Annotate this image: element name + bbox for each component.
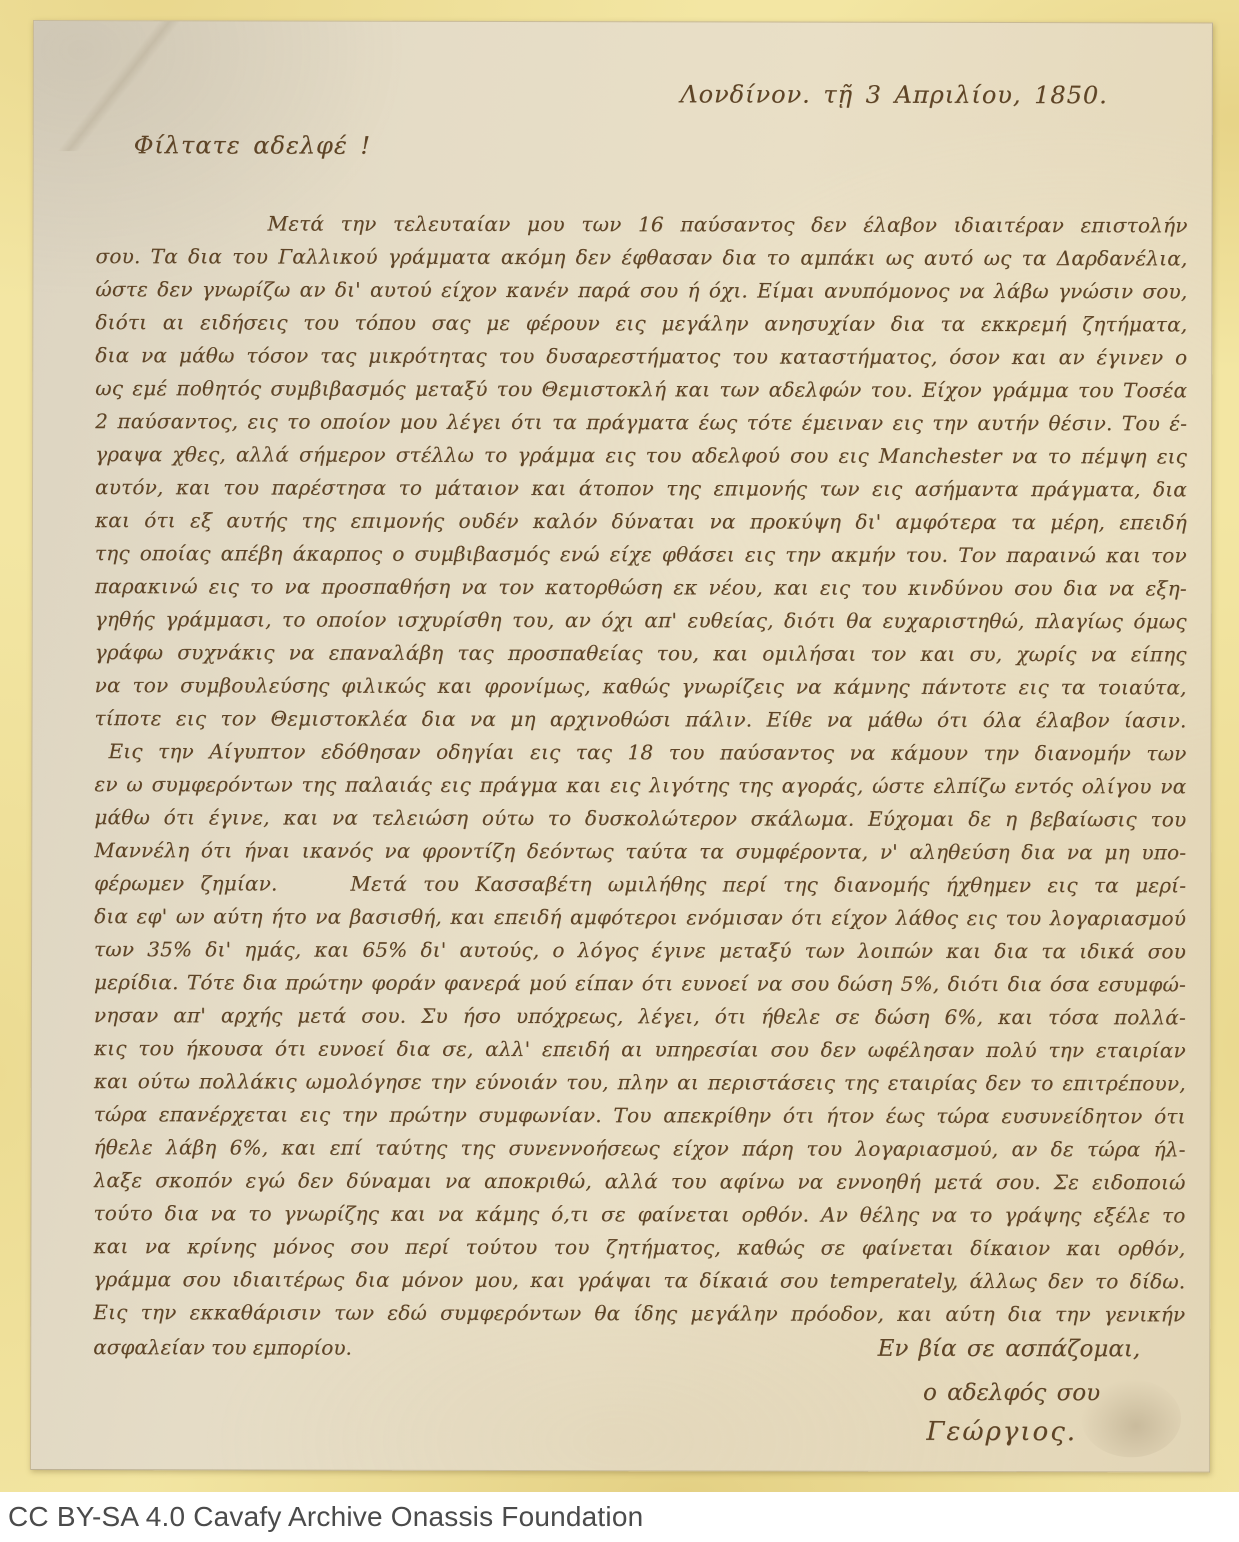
handwritten-line: γραψα χθες, αλλά σήμερον στέλλω το γράμμ… xyxy=(95,438,1187,473)
handwritten-line: νησαν απ' αρχής μετά σου. Συ ήσο υπόχρεω… xyxy=(94,999,1186,1034)
handwritten-line: γράμμα σου ιδιαιτέρως δια μόνον μου, και… xyxy=(93,1263,1185,1298)
handwritten-line: και ότι εξ αυτής της επιμονής ουδέν καλό… xyxy=(95,504,1187,539)
closing-line: Εν βία σε ασπάζομαι, xyxy=(878,1331,1141,1368)
handwritten-line: Μαννέλη ότι ήναι ικανός να φροντίζη δεόν… xyxy=(94,834,1186,869)
handwritten-line: Εις την εκκαθάρισιν των εδώ συμφερόντων … xyxy=(93,1296,1185,1331)
last-body-line: ασφαλείαν του εμπορίου. xyxy=(93,1329,352,1366)
salutation: Φίλτατε αδελφέ ! xyxy=(134,131,371,159)
handwritten-line: τώρα επανέρχεται εις την πρώτην συμφωνία… xyxy=(94,1098,1186,1133)
signature-name: Γεώργιος. xyxy=(93,1413,1185,1449)
handwritten-line: 2 παύσαντος, εις το οποίον μου λέγει ότι… xyxy=(95,405,1187,440)
scanned-letter-view: Λονδίνον. τῇ 3 Απριλίου, 1850. Φίλτατε α… xyxy=(0,0,1239,1542)
handwritten-line: και να κρίνης μόνος σου περί τούτου του … xyxy=(93,1230,1185,1265)
handwritten-line: αυτόν, και του παρέστησα το μάταιον και … xyxy=(95,471,1187,506)
handwritten-line: τούτο δια να το γνωρίζης και να κάμης ό,… xyxy=(93,1197,1185,1232)
handwritten-line: τίποτε εις τον Θεμιστοκλέα δια να μη αρχ… xyxy=(95,702,1187,737)
paragraph-2: Εις την Αίγυπτον εδόθησαν οδηγίαι εις τα… xyxy=(93,735,1186,1331)
handwritten-line: λαξε σκοπόν εγώ δεν δύναμαι να αποκριθώ,… xyxy=(94,1164,1186,1199)
handwritten-line: φέρωμεν ζημίαν. Μετά του Κασσαβέτη ωμιλή… xyxy=(94,867,1186,902)
handwritten-line: εν ω συμφερόντων της παλαιάς εις πράγμα … xyxy=(94,768,1186,803)
license-caption: CC BY-SA 4.0 Cavafy Archive Onassis Foun… xyxy=(0,1501,643,1533)
handwritten-line: και ούτω πολλάκις ωμολόγησε την εύνοιάν … xyxy=(94,1065,1186,1100)
handwritten-line: μάθω ότι έγινε, και να τελειώση ούτω το … xyxy=(94,801,1186,836)
dateline: Λονδίνον. τῇ 3 Απριλίου, 1850. xyxy=(680,80,1108,109)
paragraph-1: Μετά την τελευταίαν μου των 16 παύσαντος… xyxy=(95,207,1188,737)
handwritten-line: ήθελε λάβη 6%, και επί ταύτης της συνενν… xyxy=(94,1131,1186,1166)
handwritten-line: κις του ήκουσα ότι ευνοεί δια σε, αλλ' ε… xyxy=(94,1032,1186,1067)
letter-paper: Λονδίνον. τῇ 3 Απριλίου, 1850. Φίλτατε α… xyxy=(30,20,1213,1472)
handwritten-line: δια να μάθω τόσον τας μικρότητας του δυσ… xyxy=(95,339,1187,374)
handwritten-line: των 35% δι' ημάς, και 65% δι' αυτούς, ο … xyxy=(94,933,1186,968)
handwritten-line: διότι αι ειδήσεις του τόπου σας με φέρου… xyxy=(95,306,1187,341)
handwritten-line: γηθής γράμμασι, το οποίον ισχυρίσθη του,… xyxy=(95,603,1187,638)
handwritten-line: της οποίας απέβη άκαρπος ο συμβιβασμός ε… xyxy=(95,537,1187,572)
handwritten-line: γράφω συχνάκις να επαναλάβη τας προσπαθε… xyxy=(95,636,1187,671)
handwritten-line: δια εφ' ων αύτη ήτο να βασισθή, και επει… xyxy=(94,900,1186,935)
handwritten-line: παρακινώ εις το να προσπαθήση να τον κατ… xyxy=(95,570,1187,605)
handwritten-line: Εις την Αίγυπτον εδόθησαν οδηγίαι εις τα… xyxy=(94,735,1186,770)
signature-role: ο αδελφός σου xyxy=(93,1375,1185,1409)
photo-mat: Λονδίνον. τῇ 3 Απριλίου, 1850. Φίλτατε α… xyxy=(0,0,1239,1492)
body-last-row: ασφαλείαν του εμπορίου. Εν βία σε ασπάζο… xyxy=(93,1329,1185,1367)
license-caption-strip: CC BY-SA 4.0 Cavafy Archive Onassis Foun… xyxy=(0,1492,1239,1542)
handwritten-line: ώστε δεν γνωρίζω αν δι' αυτού είχον κανέ… xyxy=(95,273,1187,308)
handwritten-line: σου. Τα δια του Γαλλικού γράμματα ακόμη … xyxy=(95,240,1187,275)
handwritten-line: μερίδια. Τότε δια πρώτην φοράν φανερά μο… xyxy=(94,966,1186,1001)
handwritten-line: ως εμέ ποθητός συμβιβασμός μεταξύ του Θε… xyxy=(95,372,1187,407)
handwritten-line: να τον συμβουλεύσης φιλικώς και φρονίμως… xyxy=(95,669,1187,704)
letter-body: Μετά την τελευταίαν μου των 16 παύσαντος… xyxy=(93,207,1188,1449)
handwritten-line: Μετά την τελευταίαν μου των 16 παύσαντος… xyxy=(96,207,1188,242)
